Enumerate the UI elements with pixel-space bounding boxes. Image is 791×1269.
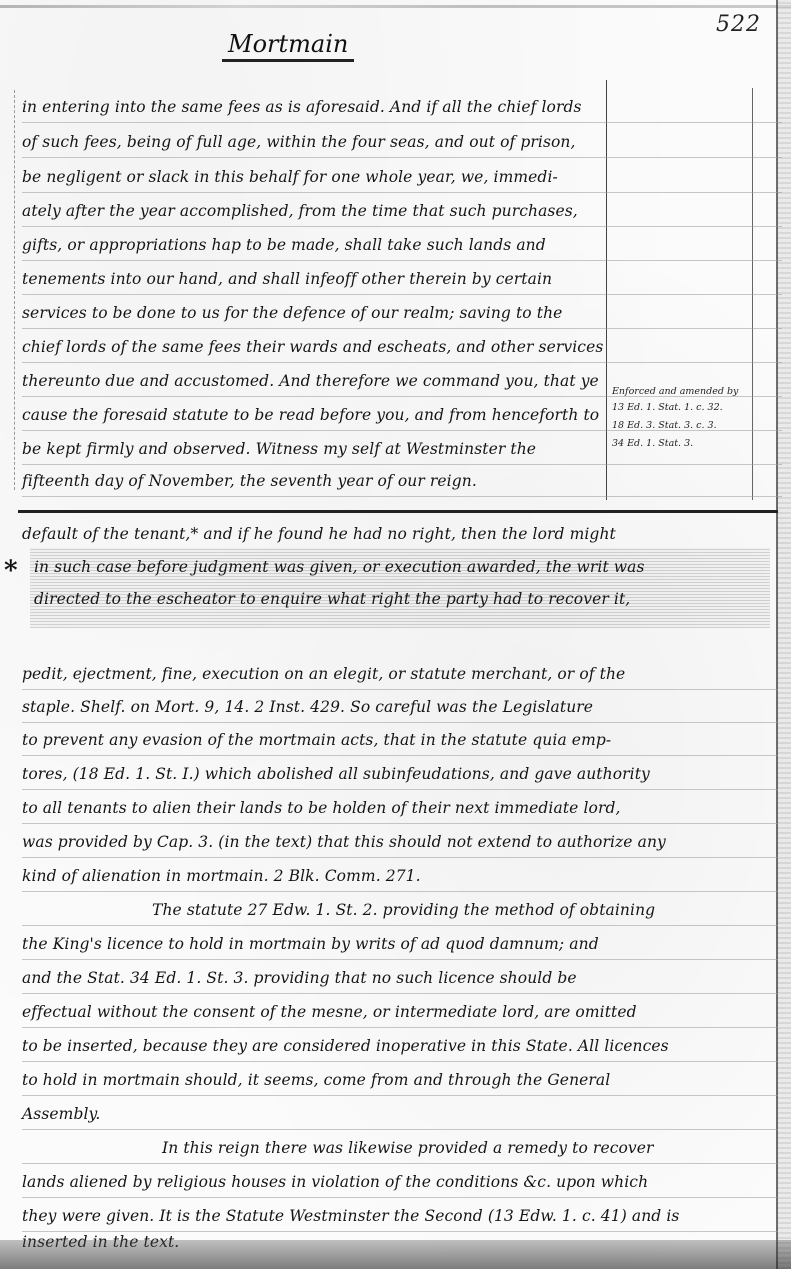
text-line: ately after the year accomplished, from … [22,202,578,220]
text-line: they were given. It is the Statute Westm… [22,1207,679,1225]
ruled-line [22,496,782,497]
footnote-line: directed to the escheator to enquire wha… [34,590,630,608]
ruled-line [22,1061,778,1062]
ruled-line [22,1095,778,1096]
text-line-indented: The statute 27 Edw. 1. St. 2. providing … [152,901,655,919]
text-line: thereunto due and accustomed. And theref… [22,372,599,390]
text-line: the King's licence to hold in mortmain b… [22,935,599,953]
left-margin-line [14,90,15,490]
margin-note-citation: 34 Ed. 1. Stat. 3. [612,438,693,449]
ruled-line [22,122,782,123]
manuscript-page: 522 Mortmain in entering into the same f… [0,0,791,1269]
text-line: of such fees, being of full age, within … [22,133,576,151]
footnote-line: in such case before judgment was given, … [34,558,645,576]
ruled-line [22,789,778,790]
scan-bottom-shadow [0,1240,791,1269]
text-line: tenements into our hand, and shall infeo… [22,270,552,288]
text-line: kind of alienation in mortmain. 2 Blk. C… [22,867,421,885]
footnote-asterisk-marker: * [4,556,18,586]
ruled-line [22,857,778,858]
text-line: Assembly. [22,1105,100,1123]
ruled-line [22,328,782,329]
footnote-line: default of the tenant,* and if he found … [22,525,616,543]
ruled-line [22,260,782,261]
text-line: to all tenants to alien their lands to b… [22,799,621,817]
text-line-indented: In this reign there was likewise provide… [162,1139,654,1157]
ruled-line [22,823,778,824]
text-line: gifts, or appropriations hap to be made,… [22,236,546,254]
ruled-line [22,722,778,723]
ruled-line [22,689,778,690]
page-title: Mortmain [222,30,354,62]
ruled-line [22,464,782,465]
margin-note-citation: 13 Ed. 1. Stat. 1. c. 32. [612,402,723,413]
ruled-line [22,755,778,756]
ruled-line [22,1197,778,1198]
text-line: services to be done to us for the defenc… [22,304,562,322]
ruled-line [22,294,782,295]
ruled-line [22,959,778,960]
right-page-edge [777,0,791,1269]
text-line: staple. Shelf. on Mort. 9, 14. 2 Inst. 4… [22,698,593,716]
text-line: in entering into the same fees as is afo… [22,98,582,116]
margin-column-divider [606,80,607,500]
ruled-line [22,1231,778,1232]
text-line: was provided by Cap. 3. (in the text) th… [22,833,666,851]
section-separator [18,510,778,513]
ruled-line [22,1027,778,1028]
ruled-line [22,993,778,994]
text-line: cause the foresaid statute to be read be… [22,406,599,424]
ruled-line [22,1163,778,1164]
ruled-line [22,192,782,193]
text-line: be negligent or slack in this behalf for… [22,168,558,186]
text-line: lands aliened by religious houses in vio… [22,1173,648,1191]
ruled-line [22,362,782,363]
ruled-line [22,891,778,892]
text-line: be kept firmly and observed. Witness my … [22,440,536,458]
ruled-line [22,157,782,158]
text-line: and the Stat. 34 Ed. 1. St. 3. providing… [22,969,577,987]
margin-note-heading: Enforced and amended by [612,386,738,397]
text-line: to hold in mortmain should, it seems, co… [22,1071,610,1089]
top-edge-rule [0,5,791,8]
page-number: 522 [716,12,761,37]
text-line: fifteenth day of November, the seventh y… [22,472,477,490]
ruled-line [22,925,778,926]
text-line: to prevent any evasion of the mortmain a… [22,731,611,749]
text-line: to be inserted, because they are conside… [22,1037,669,1055]
ruled-line [22,1129,778,1130]
text-line: effectual without the consent of the mes… [22,1003,637,1021]
margin-note-citation: 18 Ed. 3. Stat. 3. c. 3. [612,420,717,431]
text-line: chief lords of the same fees their wards… [22,338,603,356]
right-border-line [776,0,778,1269]
text-line: pedit, ejectment, fine, execution on an … [22,665,625,683]
ruled-line [22,226,782,227]
text-line: tores, (18 Ed. 1. St. I.) which abolishe… [22,765,650,783]
